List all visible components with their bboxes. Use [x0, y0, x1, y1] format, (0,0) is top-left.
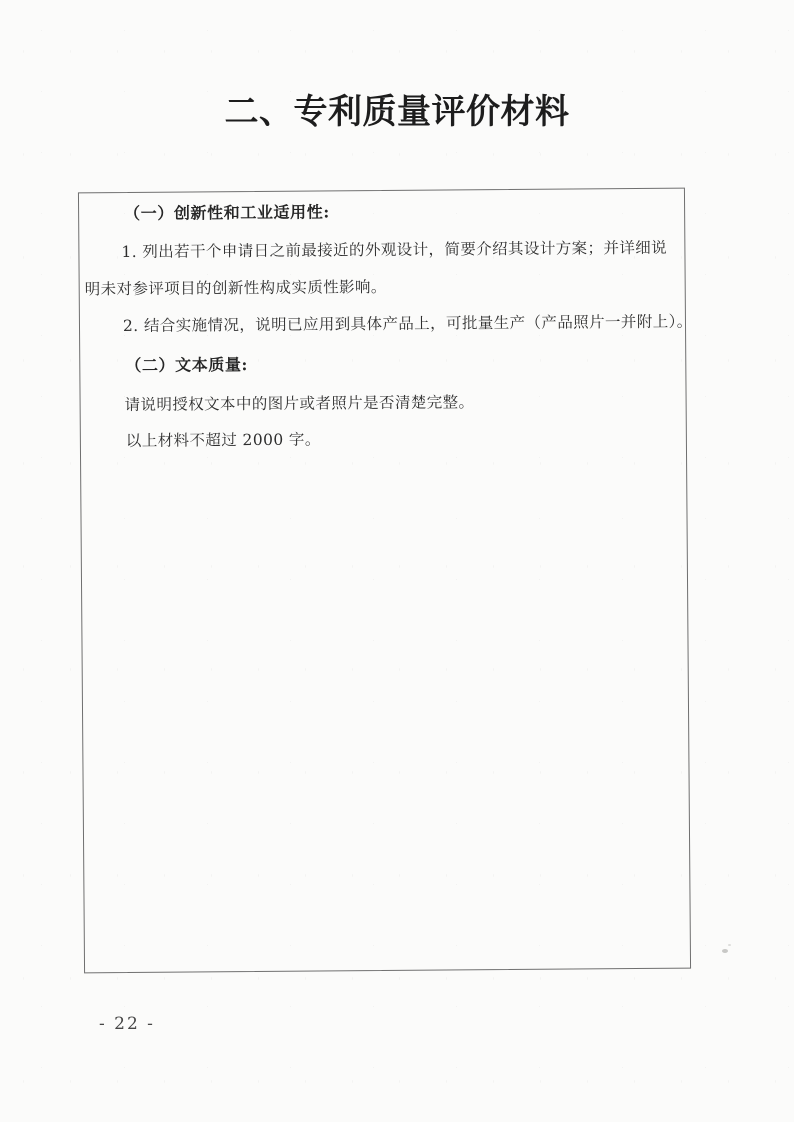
section1-heading: （一）创新性和工业适用性:	[124, 201, 330, 224]
content-box: （一）创新性和工业适用性: 1. 列出若干个申请日之前最接近的外观设计，简要介绍…	[78, 188, 691, 974]
section2-note2: 以上材料不超过 2000 字。	[126, 429, 321, 452]
section2-note1: 请说明授权文本中的图片或者照片是否清楚完整。	[125, 392, 475, 416]
page-number: - 22 -	[99, 1014, 155, 1034]
page-title: 二、专利质量评价材料	[0, 90, 794, 134]
section1-item2: 2. 结合实施情况，说明已应用到具体产品上，可批量生产（产品照片一并附上）。	[123, 312, 693, 337]
section2-heading: （二）文本质量:	[125, 354, 248, 376]
section1-item1-line1: 1. 列出若干个申请日之前最接近的外观设计，简要介绍其设计方案；并详细说	[121, 238, 667, 263]
document-page: 二、专利质量评价材料 （一）创新性和工业适用性: 1. 列出若干个申请日之前最接…	[0, 0, 794, 1122]
scan-speck	[722, 949, 728, 953]
section1-item1-line2: 明未对参评项目的创新性构成实质性影响。	[85, 277, 387, 300]
scan-speck	[728, 944, 731, 946]
